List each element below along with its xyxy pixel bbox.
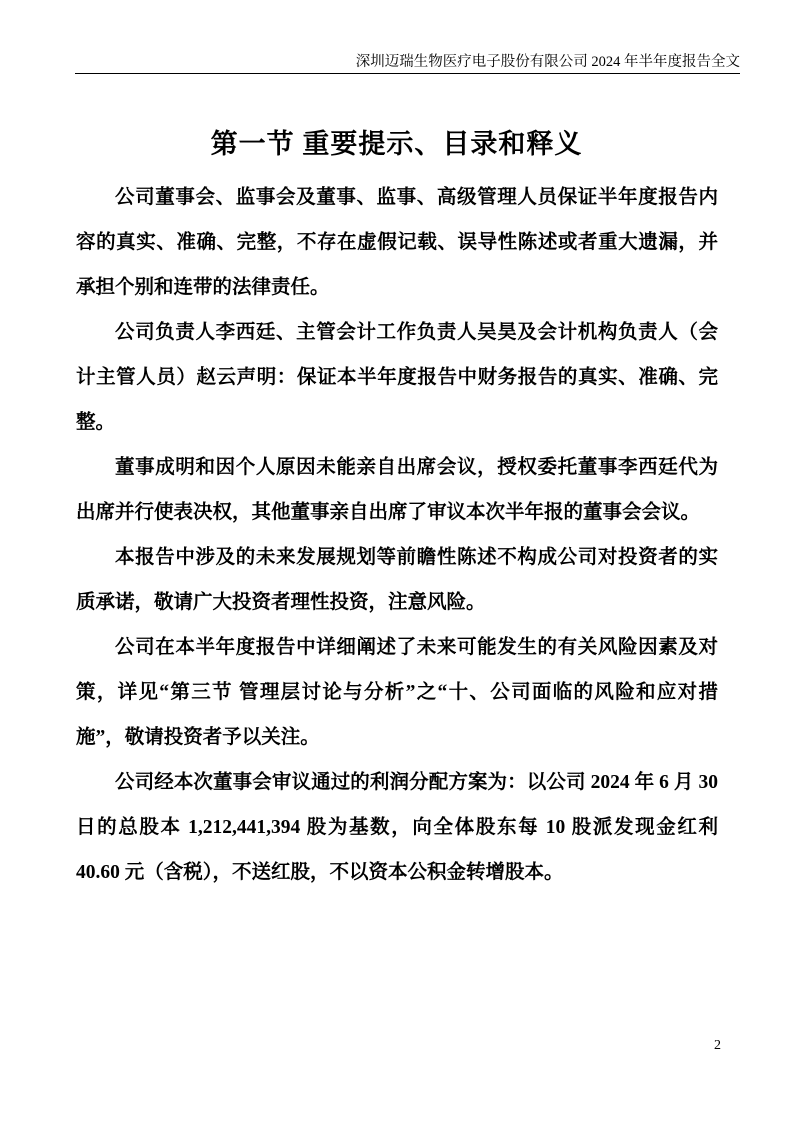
paragraph-responsibility-statement: 公司董事会、监事会及董事、监事、高级管理人员保证半年度报告内容的真实、准确、完整… bbox=[76, 175, 718, 310]
document-body: 公司董事会、监事会及董事、监事、高级管理人员保证半年度报告内容的真实、准确、完整… bbox=[76, 175, 718, 895]
section-title: 第一节 重要提示、目录和释义 bbox=[0, 122, 793, 161]
page-header: 深圳迈瑞生物医疗电子股份有限公司 2024 年半年度报告全文 bbox=[75, 54, 740, 74]
report-page: 深圳迈瑞生物医疗电子股份有限公司 2024 年半年度报告全文 第一节 重要提示、… bbox=[0, 0, 793, 1122]
paragraph-risk-reference: 公司在本半年度报告中详细阐述了未来可能发生的有关风险因素及对策，详见“第三节 管… bbox=[76, 625, 718, 760]
paragraph-forward-looking-statement: 本报告中涉及的未来发展规划等前瞻性陈述不构成公司对投资者的实质承诺，敬请广大投资… bbox=[76, 535, 718, 625]
paragraph-board-attendance: 董事成明和因个人原因未能亲自出席会议，授权委托董事李西廷代为出席并行使表决权，其… bbox=[76, 445, 718, 535]
paragraph-financial-report-declaration: 公司负责人李西廷、主管会计工作负责人吴昊及会计机构负责人（会计主管人员）赵云声明… bbox=[76, 310, 718, 445]
page-number: 2 bbox=[714, 1038, 721, 1054]
header-text: 深圳迈瑞生物医疗电子股份有限公司 2024 年半年度报告全文 bbox=[356, 54, 740, 70]
paragraph-profit-distribution-plan: 公司经本次董事会审议通过的利润分配方案为：以公司 2024 年 6 月 30 日… bbox=[76, 760, 718, 895]
